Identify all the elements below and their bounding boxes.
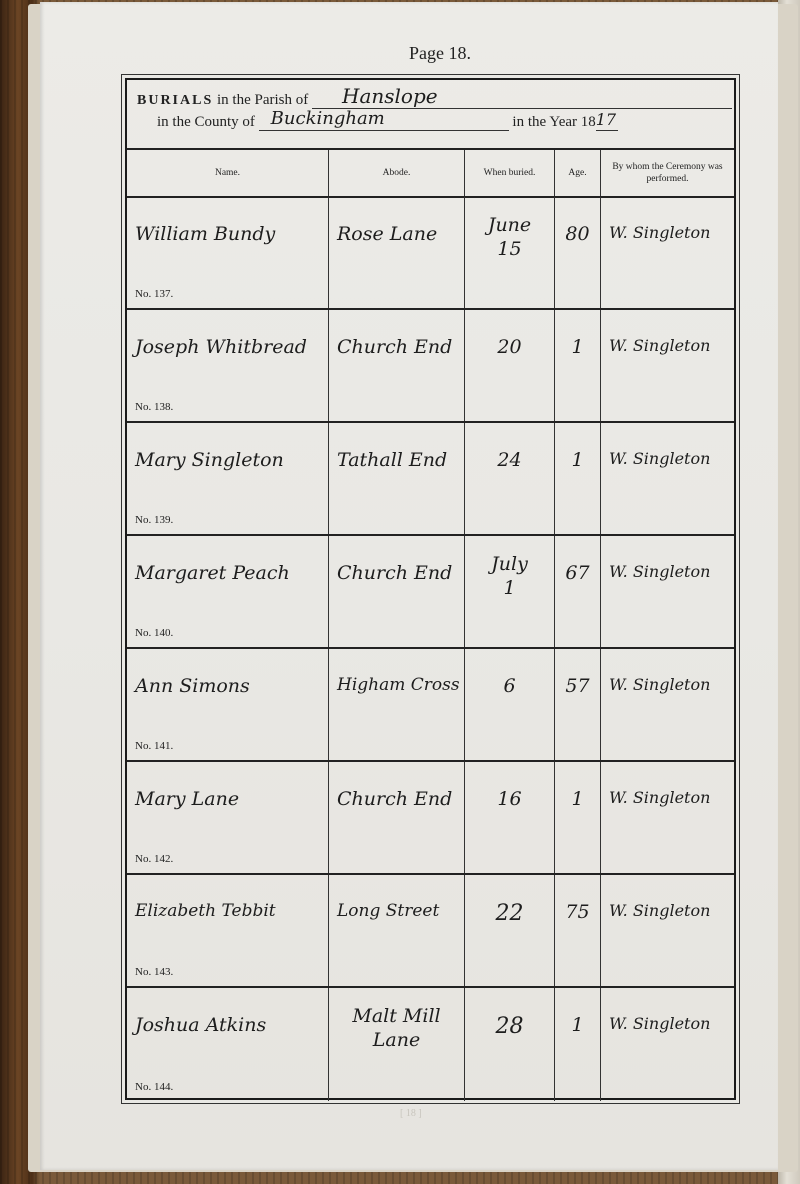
entry-age: 1 <box>555 1014 600 1036</box>
entry-name: Joshua Atkins <box>135 1014 266 1036</box>
name-cell: Joshua Atkins No. 144. <box>127 988 329 1101</box>
burial-entries: William Bundy No. 137. Rose Lane June 15… <box>127 197 734 1101</box>
entry-name: William Bundy <box>135 223 275 245</box>
entry-row: Margaret Peach No. 140. Church End July … <box>127 536 734 649</box>
by-whom-cell: W. Singleton <box>601 197 734 308</box>
entry-abode: Church End <box>337 336 452 358</box>
entry-officiant: W. Singleton <box>609 901 710 920</box>
register-title: BURIALS <box>137 93 213 108</box>
burial-register-form: BURIALS in the Parish of Hanslope in the… <box>125 78 736 1100</box>
abode-cell: Church End <box>329 310 465 421</box>
by-whom-cell: W. Singleton <box>601 536 734 647</box>
when-cell: 16 <box>465 762 555 873</box>
abode-cell: Rose Lane <box>329 197 465 308</box>
entry-age: 1 <box>555 449 600 471</box>
entry-row: William Bundy No. 137. Rose Lane June 15… <box>127 197 734 310</box>
age-cell: 1 <box>555 762 601 873</box>
entry-number: No. 139. <box>135 514 173 526</box>
age-cell: 1 <box>555 423 601 534</box>
header-when-buried: When buried. <box>465 150 555 196</box>
entry-when-buried: 22 <box>465 901 554 926</box>
abode-cell: Church End <box>329 536 465 647</box>
entry-name: Elizabeth Tebbit <box>135 901 276 921</box>
abode-cell: Long Street <box>329 875 465 986</box>
by-whom-cell: W. Singleton <box>601 988 734 1101</box>
page-number: Page 18. <box>0 43 800 64</box>
abode-cell: Tathall End <box>329 423 465 534</box>
age-cell: 80 <box>555 197 601 308</box>
parish-value: Hanslope <box>342 84 438 108</box>
entry-number: No. 144. <box>135 1081 173 1093</box>
entry-name: Margaret Peach <box>135 562 290 584</box>
entry-row: Mary Singleton No. 139. Tathall End 24 1… <box>127 423 734 536</box>
parish-field: Hanslope <box>312 92 732 109</box>
when-cell: June 15 <box>465 197 555 308</box>
when-cell: 24 <box>465 423 555 534</box>
county-field: Buckingham <box>259 114 509 131</box>
by-whom-cell: W. Singleton <box>601 310 734 421</box>
entry-age: 1 <box>555 788 600 810</box>
entry-name: Mary Lane <box>135 788 239 810</box>
entry-abode: Church End <box>337 562 452 584</box>
entry-officiant: W. Singleton <box>609 562 710 581</box>
entry-abode: Malt Mill Lane <box>329 1004 464 1052</box>
age-cell: 57 <box>555 649 601 760</box>
by-whom-cell: W. Singleton <box>601 875 734 986</box>
entry-officiant: W. Singleton <box>609 1014 710 1033</box>
abode-cell: Higham Cross <box>329 649 465 760</box>
name-cell: Mary Singleton No. 139. <box>127 423 329 534</box>
entry-number: No. 137. <box>135 288 173 300</box>
column-headers: Name. Abode. When buried. Age. By whom t… <box>127 150 734 198</box>
name-cell: William Bundy No. 137. <box>127 197 329 308</box>
when-cell: 22 <box>465 875 555 986</box>
header-name: Name. <box>127 150 329 196</box>
age-cell: 75 <box>555 875 601 986</box>
entry-row: Joshua Atkins No. 144. Malt Mill Lane 28… <box>127 988 734 1101</box>
entry-row: Mary Lane No. 142. Church End 16 1 W. Si… <box>127 762 734 875</box>
entry-officiant: W. Singleton <box>609 788 710 807</box>
entry-when-buried: 16 <box>465 788 554 810</box>
entry-number: No. 143. <box>135 966 173 978</box>
entry-when-buried: 28 <box>465 1014 554 1039</box>
entry-row: Ann Simons No. 141. Higham Cross 6 57 W.… <box>127 649 734 762</box>
by-whom-cell: W. Singleton <box>601 649 734 760</box>
header-abode: Abode. <box>329 150 465 196</box>
entry-officiant: W. Singleton <box>609 223 710 242</box>
entry-abode: Rose Lane <box>337 223 437 245</box>
year-value: 17 <box>596 110 616 129</box>
entry-name: Ann Simons <box>135 675 250 697</box>
entry-abode: Church End <box>337 788 452 810</box>
header-age: Age. <box>555 150 601 196</box>
abode-cell: Malt Mill Lane <box>329 988 465 1101</box>
age-cell: 1 <box>555 310 601 421</box>
name-cell: Joseph Whitbread No. 138. <box>127 310 329 421</box>
when-cell: July 1 <box>465 536 555 647</box>
name-cell: Ann Simons No. 141. <box>127 649 329 760</box>
county-value: Buckingham <box>271 108 385 129</box>
entry-officiant: W. Singleton <box>609 449 710 468</box>
parish-line: BURIALS in the Parish of Hanslope <box>137 92 732 109</box>
entry-when-buried: 6 <box>465 675 554 697</box>
entry-when-buried: 20 <box>465 336 554 358</box>
entry-when-buried: June 15 <box>465 213 554 261</box>
entry-name: Joseph Whitbread <box>135 336 307 358</box>
entry-abode: Long Street <box>337 901 439 921</box>
entry-row: Joseph Whitbread No. 138. Church End 20 … <box>127 310 734 423</box>
entry-age: 1 <box>555 336 600 358</box>
age-cell: 1 <box>555 988 601 1101</box>
entry-officiant: W. Singleton <box>609 336 710 355</box>
entry-row: Elizabeth Tebbit No. 143. Long Street 22… <box>127 875 734 988</box>
entry-age: 57 <box>555 675 600 697</box>
entry-number: No. 138. <box>135 401 173 413</box>
parish-prefix: in the Parish of <box>217 92 308 108</box>
entry-age: 80 <box>555 223 600 245</box>
entry-abode: Tathall End <box>337 449 447 471</box>
county-prefix: in the County of <box>157 114 255 130</box>
abode-cell: Church End <box>329 762 465 873</box>
when-cell: 6 <box>465 649 555 760</box>
age-cell: 67 <box>555 536 601 647</box>
entry-when-buried: 24 <box>465 449 554 471</box>
entry-name: Mary Singleton <box>135 449 284 471</box>
entry-age: 75 <box>555 901 600 923</box>
entry-number: No. 141. <box>135 740 173 752</box>
by-whom-cell: W. Singleton <box>601 762 734 873</box>
name-cell: Elizabeth Tebbit No. 143. <box>127 875 329 986</box>
when-cell: 20 <box>465 310 555 421</box>
when-cell: 28 <box>465 988 555 1101</box>
form-header: BURIALS in the Parish of Hanslope in the… <box>127 80 734 150</box>
header-by-whom: By whom the Ceremony was performed. <box>601 150 734 196</box>
entry-when-buried: July 1 <box>465 552 554 600</box>
entry-age: 67 <box>555 562 600 584</box>
county-line: in the County of Buckingham in the Year … <box>157 114 618 131</box>
name-cell: Margaret Peach No. 140. <box>127 536 329 647</box>
entry-number: No. 140. <box>135 627 173 639</box>
by-whom-cell: W. Singleton <box>601 423 734 534</box>
entry-abode: Higham Cross <box>337 675 460 695</box>
bleed-through-page-mark: [ 18 ] <box>400 1108 422 1119</box>
year-field: 17 <box>596 114 618 131</box>
entry-officiant: W. Singleton <box>609 675 710 694</box>
name-cell: Mary Lane No. 142. <box>127 762 329 873</box>
entry-number: No. 142. <box>135 853 173 865</box>
year-prefix: in the Year 18 <box>512 114 595 130</box>
